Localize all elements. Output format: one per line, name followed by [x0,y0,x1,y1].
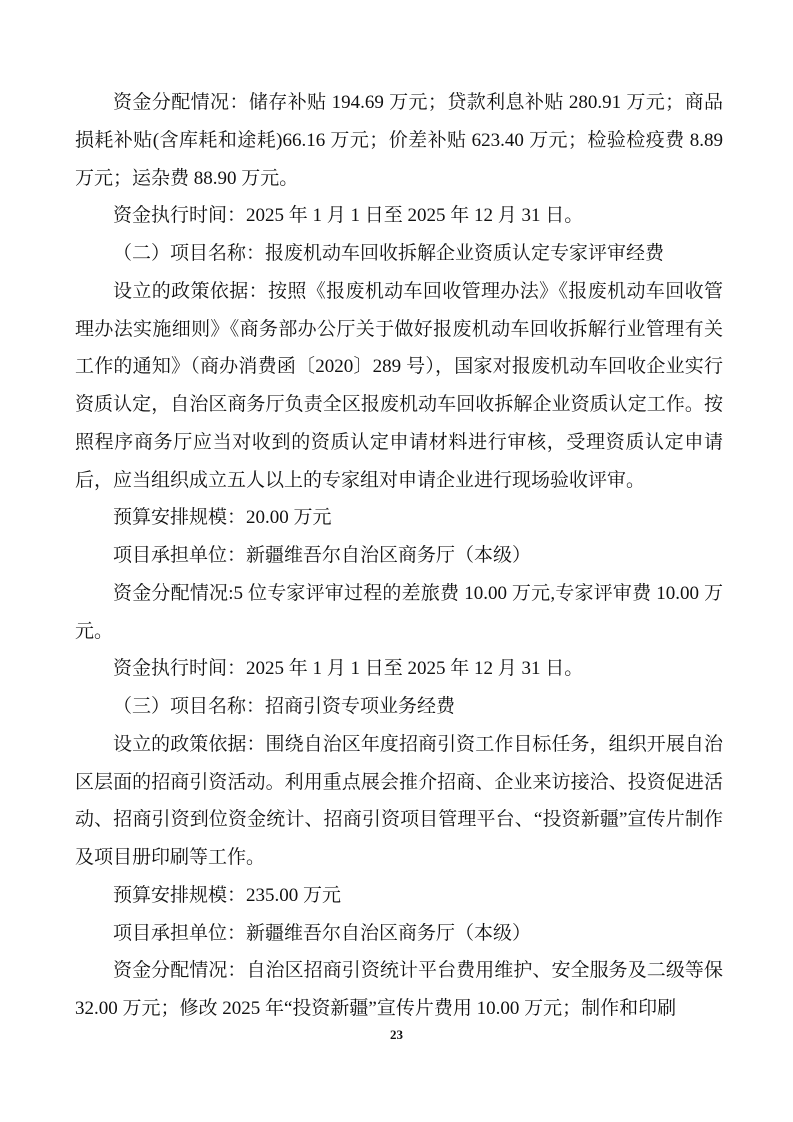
paragraph-fund-allocation-project2: 资金分配情况:5 位专家评审过程的差旅费 10.00 万元,专家评审费 10.0… [75,575,723,651]
paragraph-fund-allocation-project1: 资金分配情况：储存补贴 194.69 万元；贷款利息补贴 280.91 万元；商… [75,84,723,197]
paragraph-policy-basis-project2: 设立的政策依据：按照《报废机动车回收管理办法》《报废机动车回收管理办法实施细则》… [75,273,723,500]
paragraph-policy-basis-project3: 设立的政策依据：围绕自治区年度招商引资工作目标任务，组织开展自治区层面的招商引资… [75,726,723,877]
heading-project3-name: （三）项目名称：招商引资专项业务经费 [75,688,723,726]
page-number: 23 [0,1027,793,1043]
paragraph-execution-time-project2: 资金执行时间：2025 年 1 月 1 日至 2025 年 12 月 31 日。 [75,650,723,688]
paragraph-undertaking-unit-project3: 项目承担单位：新疆维吾尔自治区商务厅（本级） [75,915,723,953]
paragraph-budget-scale-project2: 预算安排规模：20.00 万元 [75,499,723,537]
heading-project2-name: （二）项目名称：报废机动车回收拆解企业资质认定专家评审经费 [75,235,723,273]
document-body: 资金分配情况：储存补贴 194.69 万元；贷款利息补贴 280.91 万元；商… [75,84,723,1028]
paragraph-fund-allocation-project3: 资金分配情况：自治区招商引资统计平台费用维护、安全服务及二级等保 32.00 万… [75,952,723,1028]
paragraph-execution-time-project1: 资金执行时间：2025 年 1 月 1 日至 2025 年 12 月 31 日。 [75,197,723,235]
paragraph-undertaking-unit-project2: 项目承担单位：新疆维吾尔自治区商务厅（本级） [75,537,723,575]
document-page: 资金分配情况：储存补贴 194.69 万元；贷款利息补贴 280.91 万元；商… [0,0,793,1122]
paragraph-budget-scale-project3: 预算安排规模：235.00 万元 [75,877,723,915]
